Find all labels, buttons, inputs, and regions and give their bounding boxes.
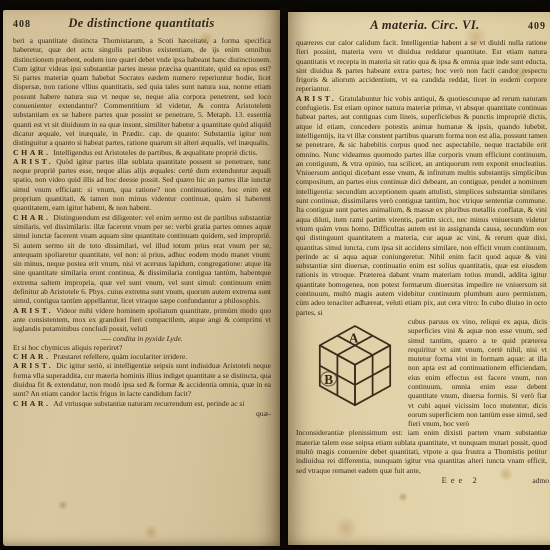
verse-line: ---- condita in pyxide Lyde. [13, 334, 271, 343]
page-number: 408 [13, 19, 31, 30]
speaker-label: ARIST. [296, 94, 336, 103]
paragraph: Inconsiderantiæ plenissimum est: iam eni… [296, 428, 547, 474]
catchword-row: quæ- [13, 409, 271, 418]
speaker-label: CHAR. [13, 148, 50, 157]
paragraph: CHAR.Præstaret refellere, quàm iocularit… [13, 352, 271, 361]
speaker-label: ARIST. [13, 306, 53, 315]
paragraph: Et si hoc chymicus aliquis reperiret? [13, 343, 271, 352]
cube-label-b: B [324, 372, 333, 387]
left-page: 408 De distinctione quantitatis 408 beri… [3, 10, 280, 546]
speaker-label: CHAR. [13, 399, 50, 408]
paragraph: ARIST.Videor mihi videre hominem spoliat… [13, 306, 271, 334]
paragraph: ARIST.Quòd igitur partes illæ sublata qu… [13, 157, 271, 213]
paragraph: CHAR.Intelligendus est Aristoteles de pa… [13, 148, 271, 157]
right-page-text: quæreres cur calor calidum facit. Intell… [288, 35, 550, 485]
right-page-header: A materia. Circ. VI. 409 [288, 12, 550, 35]
speech-text: Distinguendum est diligenter: vel enim s… [13, 213, 271, 306]
cube-paragraph: A B cubus paruus ex vino, reliqui ex aqu… [296, 317, 547, 429]
running-title: De distinctione quantitatis [31, 16, 252, 31]
page-number: 409 [528, 21, 546, 32]
paragraph: ARIST.Gratulabuntur hic vobis antiqui, &… [296, 94, 547, 317]
speaker-label: ARIST. [13, 157, 53, 166]
paragraph: CHAR.Ad vtriusque substantiæ naturam rec… [13, 399, 271, 408]
foxing-spot [333, 517, 359, 539]
speech-text: Intelligendus est Aristoteles de partibu… [53, 148, 257, 157]
foxing-spot [398, 492, 408, 502]
speech-text: Gratulabuntur hic vobis antiqui, & quoti… [296, 94, 547, 317]
catchword: quæ- [256, 409, 271, 418]
foxing-spot [58, 500, 68, 510]
cube-diagram: A B [311, 320, 399, 420]
cube-label-a: A [349, 331, 359, 346]
right-page: A materia. Circ. VI. 409 quæreres cur ca… [288, 12, 550, 545]
left-page-header: 408 De distinctione quantitatis 408 [3, 10, 280, 33]
foxing-spot [143, 525, 159, 539]
paragraph: CHAR.Distinguendum est diligenter: vel e… [13, 213, 271, 306]
left-page-text: beri a quantitate distincta Thomistarum,… [3, 33, 280, 418]
paragraph: ARIST.Dic igitur seriò, si intelligentiæ… [13, 361, 271, 398]
running-title: A materia. Circ. VI. [298, 18, 528, 33]
speech-text: Quòd igitur partes illæ sublata quantita… [13, 157, 271, 212]
speaker-label: ARIST. [13, 361, 53, 370]
signature-mark: Eee 2 [442, 476, 481, 485]
paragraph: quæreres cur calor calidum facit. Intell… [296, 38, 547, 94]
signature-row: Eee 2 admo [296, 476, 547, 485]
speech-text: Ad vtriusque substantiæ naturam recurren… [53, 399, 244, 408]
speaker-label: CHAR. [13, 352, 50, 361]
speech-text: Præstaret refellere, quàm ioculariter ir… [53, 352, 187, 361]
paragraph: beri a quantitate distincta Thomistarum,… [13, 36, 271, 148]
cube-wrap-text: cubus paruus ex vino, reliqui ex aqua, d… [408, 317, 547, 428]
catchword: admo [532, 476, 549, 485]
speaker-label: CHAR. [13, 213, 50, 222]
